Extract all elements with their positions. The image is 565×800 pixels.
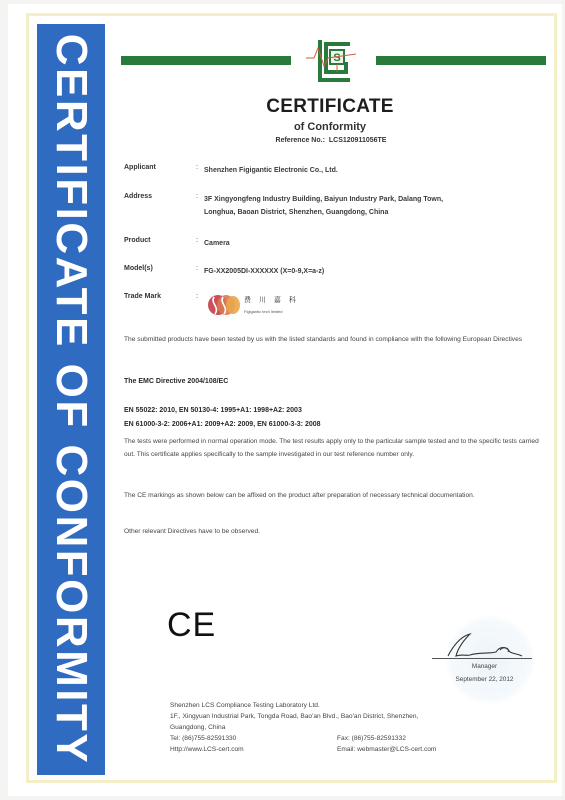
reference-label: Reference No.: xyxy=(276,137,325,144)
field-label: Address xyxy=(124,193,184,200)
reference-value: LCS120911056TE xyxy=(329,137,387,144)
field-label: Product xyxy=(124,237,184,244)
field-value: FG-XX2005DI-XXXXXX (X=0-9,X=a-z) xyxy=(204,265,544,278)
standard-line-1: EN 55022: 2010, EN 50130-4: 1995+A1: 199… xyxy=(124,404,302,417)
signer-title: Manager xyxy=(432,663,537,670)
field-value: Shenzhen Figigantic Electronic Co., Ltd. xyxy=(204,164,544,177)
field-label: Model(s) xyxy=(124,265,184,272)
footer-tel: Tel: (86)755-82591330 xyxy=(170,733,236,744)
address-line-1: 3F Xingyongfeng Industry Building, Baiyu… xyxy=(204,193,544,206)
trademark-chinese: 费 川 嘉 科 xyxy=(244,295,299,305)
field-value: 3F Xingyongfeng Industry Building, Baiyu… xyxy=(204,193,544,219)
lcs-logo-icon: S xyxy=(306,36,356,86)
footer-web-link[interactable]: Http://www.LCS-cert.com xyxy=(170,744,244,755)
trademark-english: Figigantic tech limited xyxy=(244,309,282,314)
field-colon: : xyxy=(196,265,198,272)
footer-address-1: 1F., Xingyuan Industrial Park, Tongda Ro… xyxy=(170,711,418,722)
svg-text:S: S xyxy=(333,52,340,64)
field-value: Camera xyxy=(204,237,544,250)
address-line-2: Longhua, Baoan District, Shenzhen, Guang… xyxy=(204,206,544,219)
field-colon: : xyxy=(196,164,198,171)
field-colon: : xyxy=(196,293,198,300)
header-bar-right xyxy=(376,56,546,65)
other-directives: Other relevant Directives have to be obs… xyxy=(124,526,544,539)
field-colon: : xyxy=(196,193,198,200)
ce-mark: CE xyxy=(167,606,216,645)
reference-number: Reference No.: LCS120911056TE xyxy=(120,137,540,144)
standard-line-2: EN 61000-3-2: 2006+A1: 2009+A2: 2009, EN… xyxy=(124,418,321,431)
signature-line xyxy=(432,658,532,659)
ce-note: The CE markings as shown below can be af… xyxy=(124,490,544,503)
footer-email-link[interactable]: Email: webmaster@LCS-cert.com xyxy=(337,744,436,755)
certificate-title: CERTIFICATE xyxy=(120,96,540,118)
footer-address-2: Guangdong, China xyxy=(170,722,225,733)
header-bar-left xyxy=(121,56,291,65)
certificate-subtitle: of Conformity xyxy=(120,121,540,133)
tests-note: The tests were performed in normal opera… xyxy=(124,436,544,461)
field-label: Applicant xyxy=(124,164,184,171)
side-band-text: CERTIFICATE OF CONFORMITY xyxy=(49,24,93,775)
signature-date: September 22, 2012 xyxy=(432,676,537,683)
field-label: Trade Mark xyxy=(124,293,184,300)
field-colon: : xyxy=(196,237,198,244)
footer-fax: Fax: (86)755-82591332 xyxy=(337,733,406,744)
footer-lab-name: Shenzhen LCS Compliance Testing Laborato… xyxy=(170,700,320,711)
trademark-logo-icon xyxy=(207,294,241,316)
intro-statement: The submitted products have been tested … xyxy=(124,334,544,347)
emc-directive: The EMC Directive 2004/108/EC xyxy=(124,376,544,389)
